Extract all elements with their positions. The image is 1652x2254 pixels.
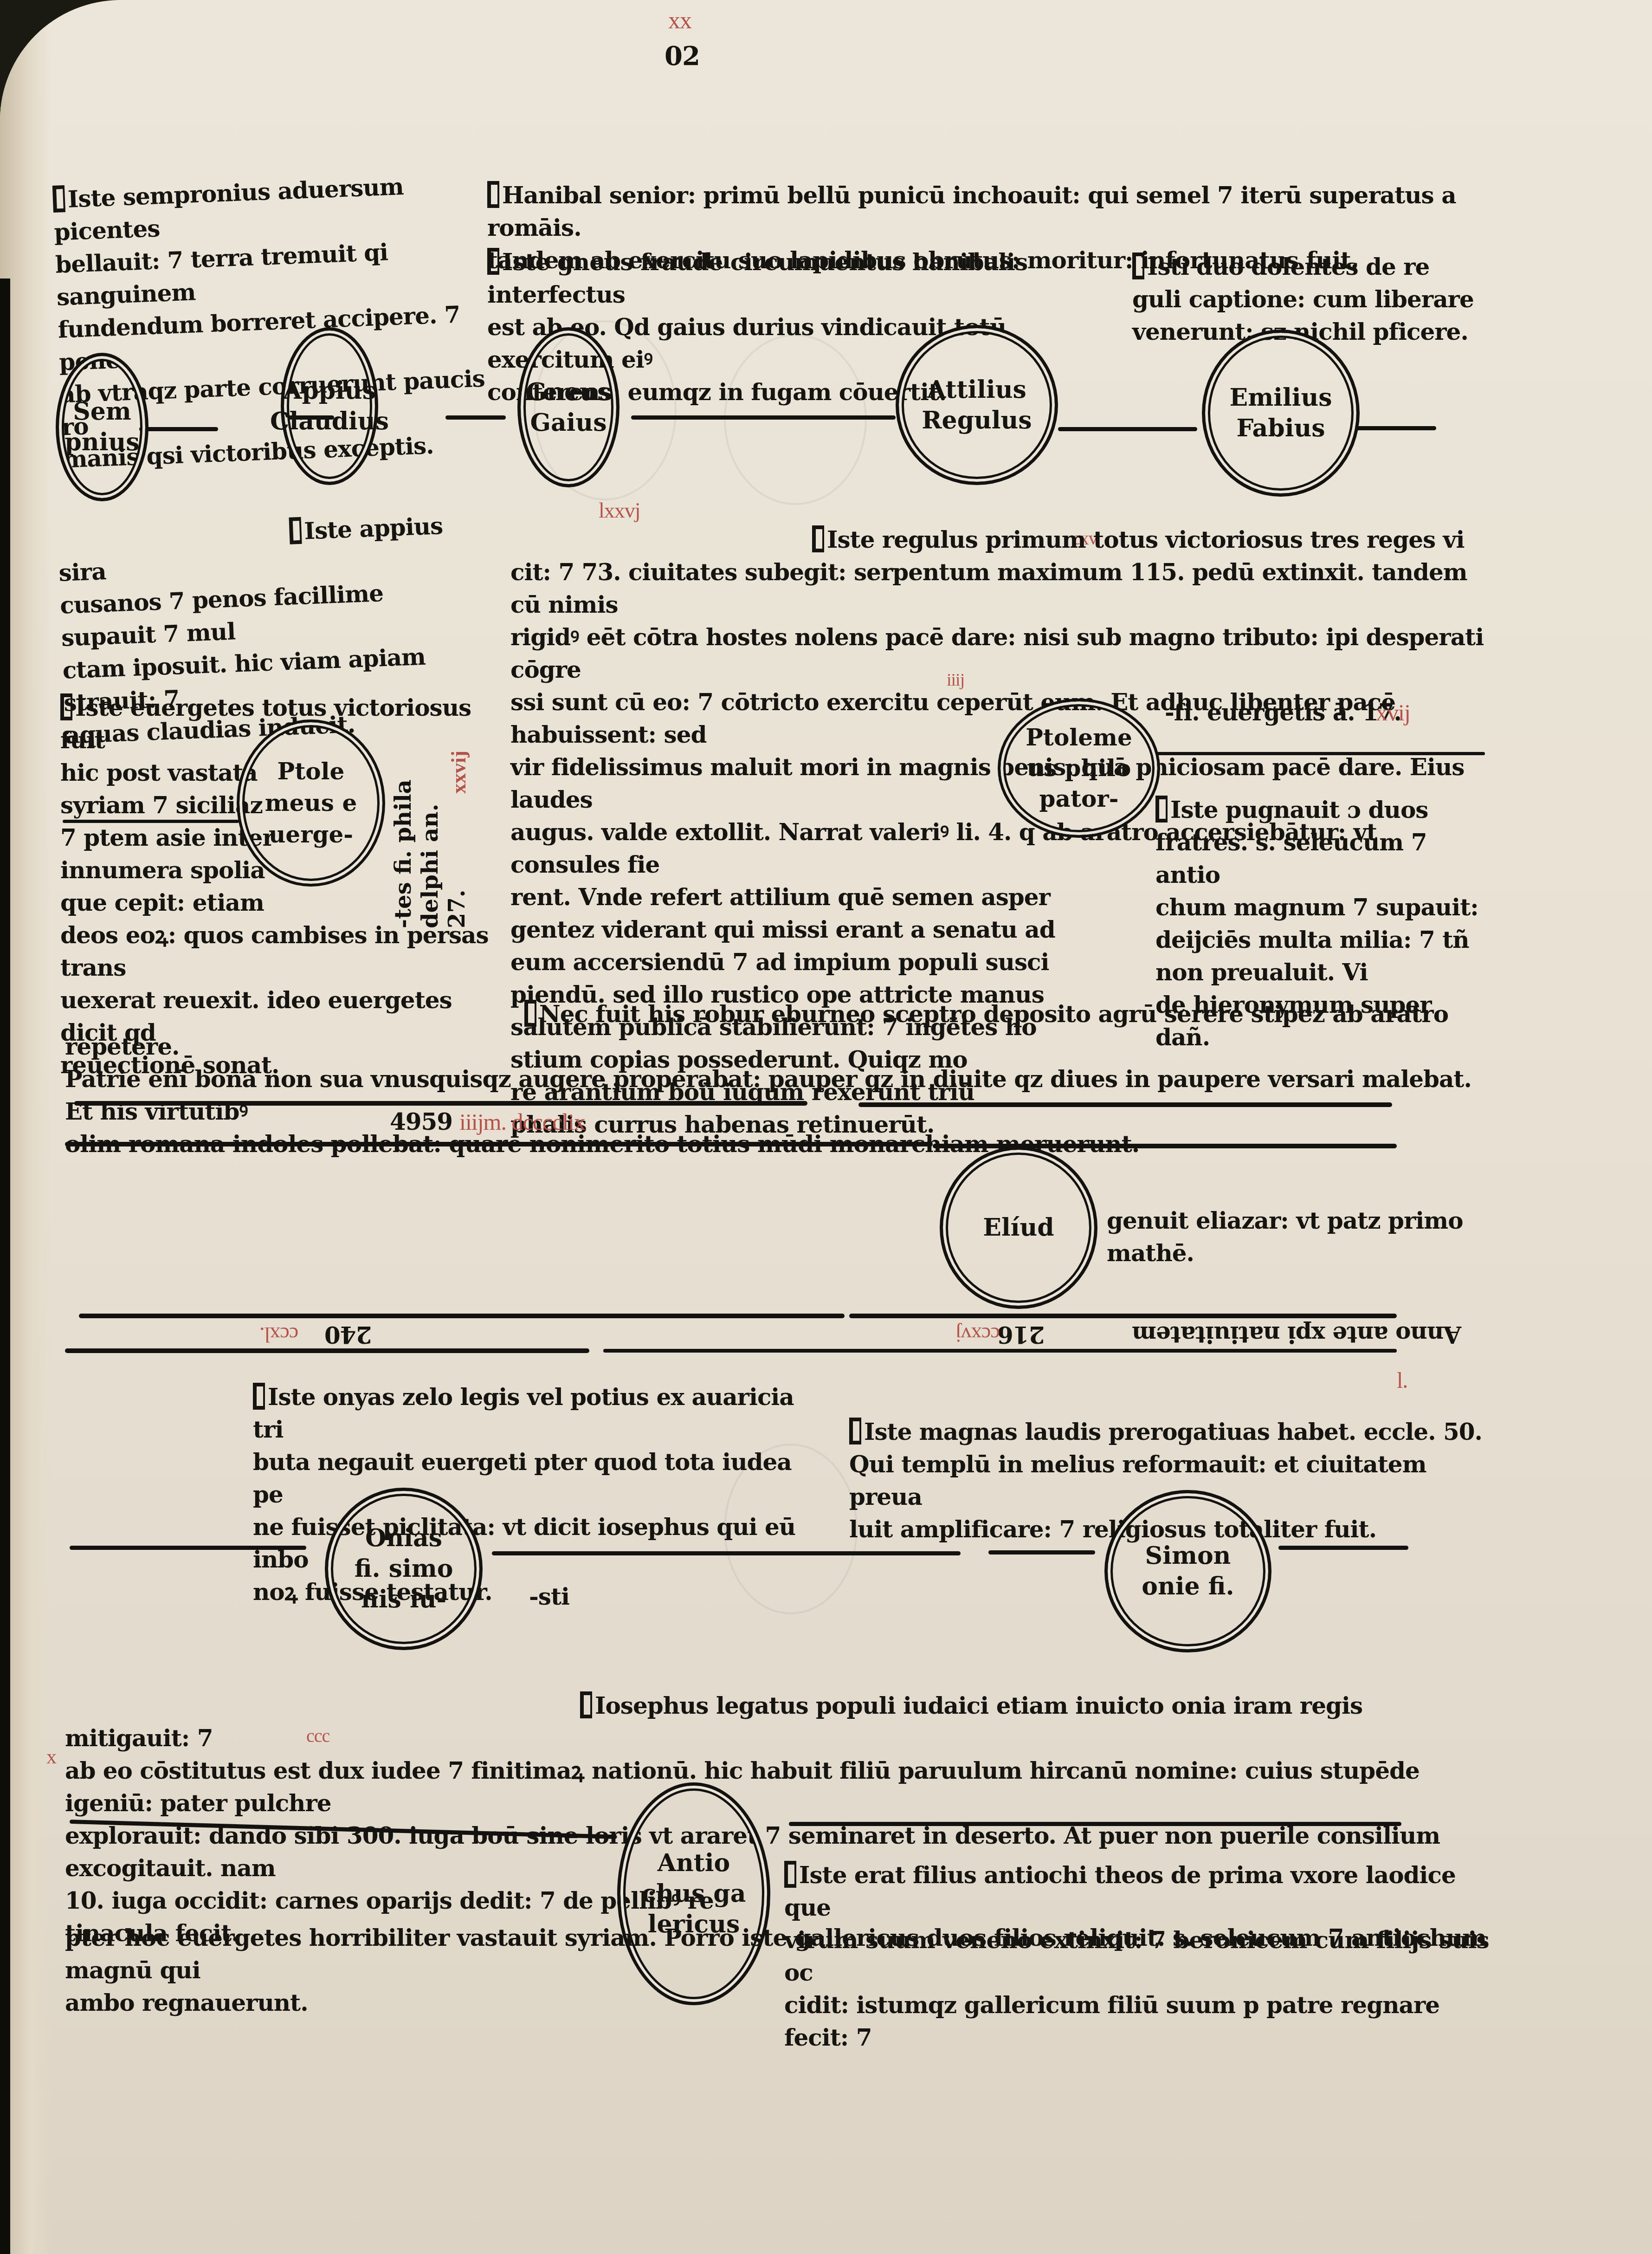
chronology-rule — [74, 1101, 807, 1106]
caption-eliud: genuit eliazar: vt patz primo mathē. — [1107, 1205, 1487, 1269]
lineage-connector — [789, 1822, 1401, 1826]
lineage-connector — [1278, 1546, 1408, 1550]
lineage-connector — [1353, 426, 1436, 430]
paragraph-mark-icon — [60, 693, 72, 720]
rubric-ccc: ccc — [306, 1720, 329, 1752]
paragraph-mark-icon — [784, 1861, 796, 1888]
lineage-fragment-sti: -sti — [529, 1580, 569, 1613]
paragraph-mark-icon — [524, 1000, 536, 1027]
anno-ante-christi-label: Anno ante xpi natiuitatem — [1132, 1318, 1485, 1351]
paragraph-mark-icon — [812, 525, 824, 552]
year-before-christ-manuscript: ccxl. — [260, 1318, 298, 1351]
lineage-connector — [1058, 427, 1197, 431]
chronology-rule — [79, 1314, 845, 1318]
side-note-philopator: -fi. euergetis ā. 17. — [1165, 696, 1401, 729]
year-before-christ-print: 240 — [325, 1318, 372, 1351]
lineage-connector — [631, 415, 896, 420]
paragraph-mark-icon — [1132, 253, 1144, 279]
paragraph-mark-icon — [289, 517, 302, 544]
rubric-xvij: xvij — [1376, 696, 1410, 729]
lineage-circle-eliud: Elíud — [940, 1146, 1097, 1309]
rubric-x-mark: x — [46, 1741, 56, 1773]
paragraph-mark-icon — [1155, 796, 1168, 823]
lineage-circle-attilius-regulus: Attilius Regulus — [896, 325, 1058, 485]
book-spine-shadow — [0, 279, 10, 2254]
manuscript-folio-number: xx — [668, 5, 691, 37]
paragraph-mark-icon — [580, 1691, 592, 1718]
paragraph-mark-icon — [253, 1383, 265, 1410]
commentary-closing: pter hoc euergetes horribiliter vastauit… — [65, 1922, 1490, 2019]
lineage-connector — [63, 820, 239, 823]
year-anno-mundi-manuscript: iiijm. dcccclix — [459, 1106, 585, 1138]
paragraph-mark-icon — [487, 181, 499, 208]
chronology-rule — [858, 1102, 1392, 1107]
lineage-circle-onias: Onias fi. simo nis iu- — [325, 1488, 483, 1650]
lineage-connector — [445, 415, 506, 420]
chronology-rule — [933, 1144, 1397, 1148]
commentary-nec-fuit: Nec fuit his robur eburneo sceptro depos… — [65, 965, 1485, 1160]
year-before-christ-print-2: 216 — [998, 1318, 1045, 1351]
lineage-circle-ptolemy-evergetes: Ptole meus e uerge- — [237, 719, 385, 887]
lineage-circle-simon: Simon onie fi. — [1104, 1490, 1271, 1652]
chronology-rule — [849, 1314, 1397, 1318]
lineage-circle-gneus-gaius: Gneus Gaius — [517, 327, 619, 487]
chronology-rule — [65, 1142, 933, 1146]
paragraph-mark-icon — [487, 248, 499, 275]
lineage-connector — [1155, 752, 1485, 755]
lineage-connector — [139, 427, 218, 431]
paragraph-mark-icon — [52, 185, 65, 213]
lineage-connector — [70, 1546, 306, 1550]
year-before-christ-manuscript-2: ccxvj — [956, 1318, 1000, 1351]
lineage-circle-appius-claudius: Appius Claudius — [281, 327, 378, 485]
lineage-circle-ptolemy-philopator: Ptoleme us philo pator- — [998, 699, 1160, 838]
rubric-xxvij: xxvij — [445, 724, 472, 794]
manuscript-page: xx 02 Iste sempronius aduersum picentes … — [0, 0, 1652, 2254]
lineage-circle-sempronius: Sem pnius — [56, 353, 148, 501]
year-anno-mundi-print: 4959 — [390, 1106, 452, 1138]
lineage-circle-emilius-fabius: Emilius Fabius — [1202, 330, 1360, 497]
lineage-connector — [492, 1551, 961, 1555]
paragraph-mark-icon — [849, 1418, 861, 1444]
commentary-isti-duo: Isti duo dolentes de re guli captione: c… — [1132, 218, 1485, 348]
lineage-connector — [988, 1550, 1095, 1554]
printed-folio-number: 02 — [665, 40, 700, 72]
